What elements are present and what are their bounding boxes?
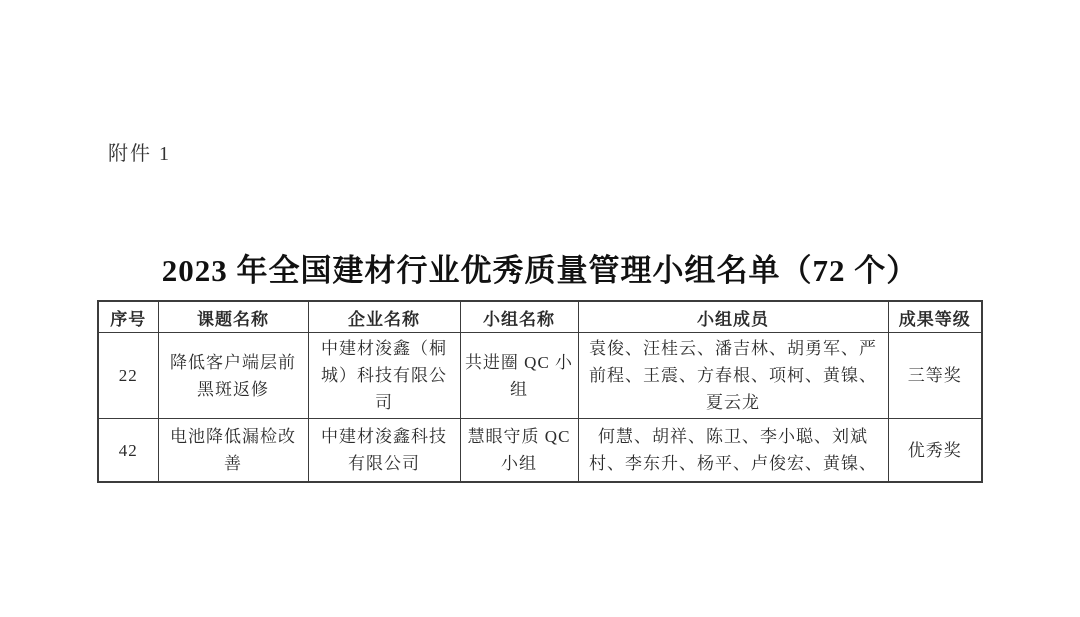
cell-company: 中建材浚鑫（桐城）科技有限公司 [308,333,460,419]
header-group: 小组名称 [460,301,578,333]
cell-members: 袁俊、汪桂云、潘吉林、胡勇军、严前程、王震、方春根、项柯、黄镍、夏云龙 [578,333,888,419]
attachment-label: 附件 1 [108,137,171,166]
document-page: 附件 1 2023 年全国建材行业优秀质量管理小组名单（72 个） 序号 课题名… [0,0,1080,617]
cell-topic: 电池降低漏检改善 [158,419,308,483]
cell-company: 中建材浚鑫科技有限公司 [308,419,460,483]
table-row: 22 降低客户端层前黑斑返修 中建材浚鑫（桐城）科技有限公司 共进圈 QC 小组… [98,333,982,419]
cell-topic: 降低客户端层前黑斑返修 [158,333,308,419]
cell-serial: 22 [98,333,158,419]
cell-grade: 三等奖 [888,333,982,419]
header-topic: 课题名称 [158,301,308,333]
cell-serial: 42 [98,419,158,483]
cell-members: 何慧、胡祥、陈卫、李小聪、刘斌村、李东升、杨平、卢俊宏、黄镍、 [578,419,888,483]
table-header-row: 序号 课题名称 企业名称 小组名称 小组成员 成果等级 [98,301,982,333]
cell-group: 共进圈 QC 小组 [460,333,578,419]
awards-table: 序号 课题名称 企业名称 小组名称 小组成员 成果等级 22 降低客户端层前黑斑… [97,300,983,483]
cell-group: 慧眼守质 QC 小组 [460,419,578,483]
header-company: 企业名称 [308,301,460,333]
header-grade: 成果等级 [888,301,982,333]
page-title: 2023 年全国建材行业优秀质量管理小组名单（72 个） [0,245,1080,290]
table-row: 42 电池降低漏检改善 中建材浚鑫科技有限公司 慧眼守质 QC 小组 何慧、胡祥… [98,419,982,483]
header-members: 小组成员 [578,301,888,333]
header-serial: 序号 [98,301,158,333]
cell-grade: 优秀奖 [888,419,982,483]
